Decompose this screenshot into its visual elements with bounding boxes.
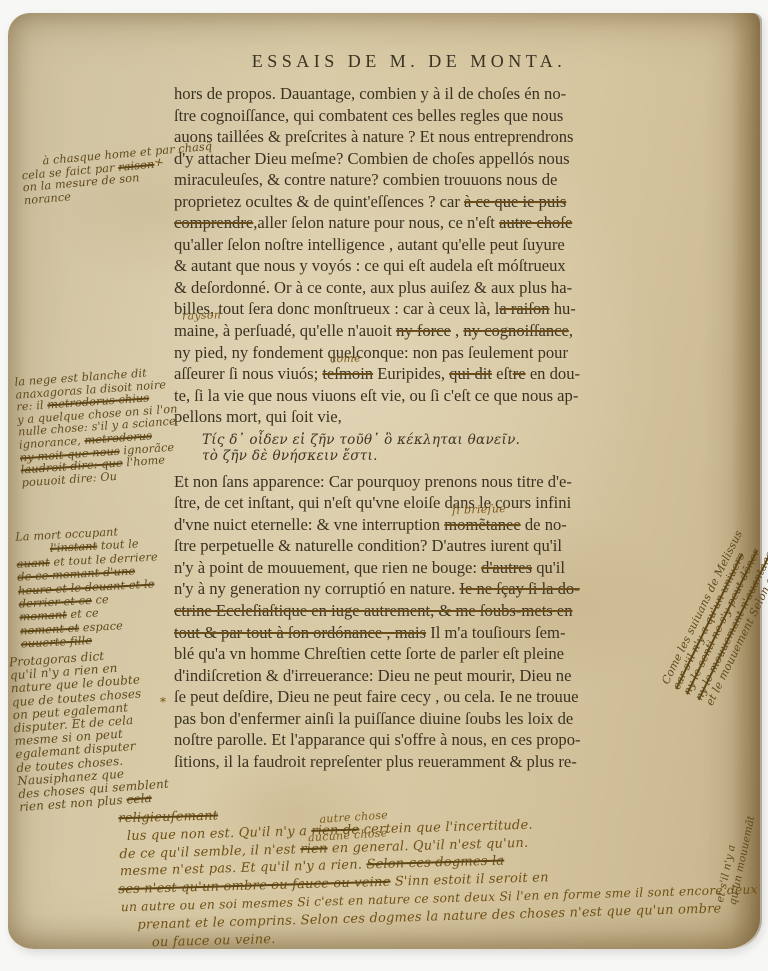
struck-text-segment: ouuerte fille [21,634,93,651]
text-segment: miraculeuſes, & contre nature? combien t… [174,170,557,189]
text-line: blé qu'a vn homme Chreſtien cette ſorte … [174,643,644,665]
text-line: ſe peut deſdire, Dieu ne peut faire cecy… [174,686,644,708]
text-segment: , à perſuadé, qu'elle n'auoit [215,321,397,340]
text-line: & autant que nous y voyós : ce qui eſt a… [174,255,644,277]
margin-note-left-2: la nege est blanche ditanaxagoras la dis… [14,366,182,490]
running-header: ESSAIS DE M. DE MONTA. [174,51,644,72]
text-line: qu'aller ſelon noſtre intelligence , aut… [174,234,644,256]
text-line: n'y à ny generation ny corruptió en natu… [174,578,644,600]
struck-text-segment: autre choſe [499,213,572,232]
text-segment: ny pied, ny fondement quelconque: non pa… [174,343,568,362]
printed-paragraph-1: hors de propos. Dauantage, combien y à i… [174,83,644,428]
text-segment: & autant que nous y voyós : ce qui eſt a… [174,256,566,275]
text-segment: te, ſi la vie que nous viuons eſt vie, o… [174,386,578,405]
text-line: pellons mort, qui ſoit vie, [174,406,644,428]
text-segment: proprietez ocultes & de quint'eſſences ?… [174,192,464,211]
text-segment: noſtre parolle. Et l'apparance qui s'off… [174,730,581,749]
text-line: noſtre parolle. Et l'apparance qui s'off… [174,729,644,751]
text-line: d'y attacher Dieu meſme? Combien de choſ… [174,148,644,170]
text-line: τὸ ζῆν δὲ θνήσκειν ἔστι. [202,448,644,465]
text-line: Τίς δ᾽ οἶδεν εἰ ζῆν τοῦθ᾽ ὃ κέκληται θαν… [202,432,644,449]
text-segment: ſe peut deſdire, Dieu ne peut faire cecy… [174,687,579,706]
text-segment: espace [79,619,123,634]
struck-text-segment: religieuſemant [118,808,218,826]
text-segment: Euripides, [373,364,449,383]
struck-text-segment: qui dit [449,364,492,383]
text-segment: Et non ſans apparence: Car pourquoy pren… [174,472,572,491]
margin-note-left-4: Protagoras dictqu'il n'y a rien ennature… [9,646,171,815]
text-line: te, ſi la vie que nous viuons eſt vie, o… [174,385,644,407]
struck-text-segment: Selon ces dogmes la [366,854,504,873]
text-segment: mainerayson [174,321,215,340]
text-segment: n'y à point de mouuement, que rien ne bo… [174,558,481,577]
struck-text-segment: re [513,364,526,383]
text-segment: aſſeurer ſi nous viuós; [174,364,322,383]
text-segment: d'vne nuict eternelle: & vne interruptio… [174,515,444,534]
text-segment: Il m'a touſiours ſem- [426,623,565,642]
struck-text-segment: ny cognoiſſance [463,321,569,340]
printed-paragraph-2: Et non ſans apparence: Car pourquoy pren… [174,471,644,773]
text-segment: ſitions, il la faudroit repreſenter plus… [174,752,577,771]
text-line: ſtre perpetuelle & naturelle condition? … [174,535,644,557]
text-segment: pas bon d'enfermer ainſi la puiſſance di… [174,709,573,728]
text-segment: ce [91,593,109,607]
handwritten-bottom-addition: religieuſemantlus que non est. Qu'il n'y… [118,792,768,953]
text-segment: ſtre cognoiſſance, qui combatent ces bel… [174,106,563,125]
text-segment: de no- [521,515,567,534]
text-segment: & deſordonné. Or à ce conte, aux plus au… [174,278,572,297]
struck-text-segment: cela [126,791,152,807]
text-segment: , [451,321,463,340]
margin-note-left-3: La mort occupantl'instant tout leauant e… [15,523,162,651]
text-segment: en dou- [526,364,580,383]
text-line: ſitions, il la faudroit repreſenter plus… [174,751,644,773]
struck-text-segment: rienaucune chose [300,841,328,857]
text-segment: norance [23,190,71,207]
text-line: auons taillées & preſcrites à nature ? E… [174,126,644,148]
struck-text-segment: ctrine Eccleſiaſtique en iuge autrement,… [174,601,573,620]
text-segment: hu- [550,299,576,318]
text-line: d'vne nuict eternelle: & vne interruptio… [174,514,644,536]
text-line: d'indiſcretion & d'irreuerance: Dieu ne … [174,665,644,687]
text-segment: billes, tout ſera donc monſtrueux : car … [174,299,499,318]
text-segment: hors de propos. Dauantage, combien y à i… [174,84,566,103]
text-segment: auons taillées & preſcrites à nature ? E… [174,127,574,146]
struck-text-segment: comprendre [174,213,253,232]
text-segment: l'home [122,454,165,470]
text-line: hors de propos. Dauantage, combien y à i… [174,83,644,105]
struck-text-segment: tout & par tout à ſon ordónance , mais [174,623,426,642]
text-segment: Τίς δ᾽ οἶδεν εἰ ζῆν τοῦθ᾽ ὃ κέκληται θαν… [202,432,520,448]
interlinear-insertion: ſi brieſue [452,503,506,516]
text-segment: τὸ ζῆν δὲ θνήσκειν ἔστι. [202,448,378,464]
text-line: comprendre,aller ſelon nature pour nous,… [174,212,644,234]
text-line: n'y à point de mouuement, que rien ne bo… [174,557,644,579]
text-segment: blé qu'a vn homme Chreſtien cette ſorte … [174,644,564,663]
text-line: pas bon d'enfermer ainſi la puiſſance di… [174,708,644,730]
printed-text-column: ESSAIS DE M. DE MONTA. hors de propos. D… [174,51,644,772]
text-line: ſtre cognoiſſance, qui combatent ces bel… [174,105,644,127]
text-segment: ou fauce ou veine. [152,931,276,949]
text-line: ctrine Eccleſiaſtique en iuge autrement,… [174,600,644,622]
text-segment: ſtre, de cet inſtant, qui n'eſt qu'vne e… [174,493,571,512]
text-segment: et ce [66,607,99,622]
text-segment: ſtre perpetuelle & naturelle condition? … [174,536,562,555]
text-line: tout & par tout à ſon ordónance , mais I… [174,622,644,644]
text-line: mainerayson, à perſuadé, qu'elle n'auoit… [174,320,644,342]
text-line: proprietez ocultes & de quint'eſſences ?… [174,191,644,213]
struck-text-segment: a raiſon [499,299,549,318]
manuscript-page: ESSAIS DE M. DE MONTA. hors de propos. D… [8,13,760,949]
text-line: billes, tout ſera donc monſtrueux : car … [174,298,644,320]
text-segment: , [569,321,573,340]
text-segment: d'y attacher Dieu meſme? Combien de choſ… [174,149,570,168]
text-line: aſſeurer ſi nous viuós; teſmoincome Euri… [174,363,644,385]
text-segment: n'y à ny generation ny corruptió en natu… [174,579,459,598]
text-segment: qu'il [532,558,565,577]
struck-text-segment: momẽtaneeſi brieſue [444,515,520,534]
struck-text-segment: auant [16,556,50,571]
text-line: ſtre, de cet inſtant, qui n'eſt qu'vne e… [174,492,644,514]
text-line: miraculeuſes, & contre nature? combien t… [174,169,644,191]
struck-text-segment: d'autres [481,558,532,577]
struck-text-segment: Ie ne ſçay ſi la do- [459,579,579,598]
text-segment: pellons mort, qui ſoit vie, [174,407,342,426]
greek-quotation: Τίς δ᾽ οἶδεν εἰ ζῆν τοῦθ᾽ ὃ κέκληται θαν… [202,432,644,465]
text-segment: eſt [492,364,513,383]
text-segment: d'indiſcretion & d'irreuerance: Dieu ne … [174,666,571,685]
text-segment: qu'aller ſelon noſtre intelligence , aut… [174,235,565,254]
text-segment: ,aller ſelon nature pour nous, ce n'eſt [253,213,499,232]
interlinear-insertion: rayson [182,309,222,321]
insertion-asterisk-mark: * [160,695,166,709]
text-line: ny pied, ny fondement quelconque: non pa… [174,342,644,364]
text-line: & deſordonné. Or à ce conte, aux plus au… [174,277,644,299]
text-line: Et non ſans apparence: Car pourquoy pren… [174,471,644,493]
struck-text-segment: à ce que ie puis [464,192,566,211]
interlinear-insertion: come [330,353,361,365]
struck-text-segment: ny force [396,321,451,340]
struck-text-segment: teſmoincome [322,364,373,383]
